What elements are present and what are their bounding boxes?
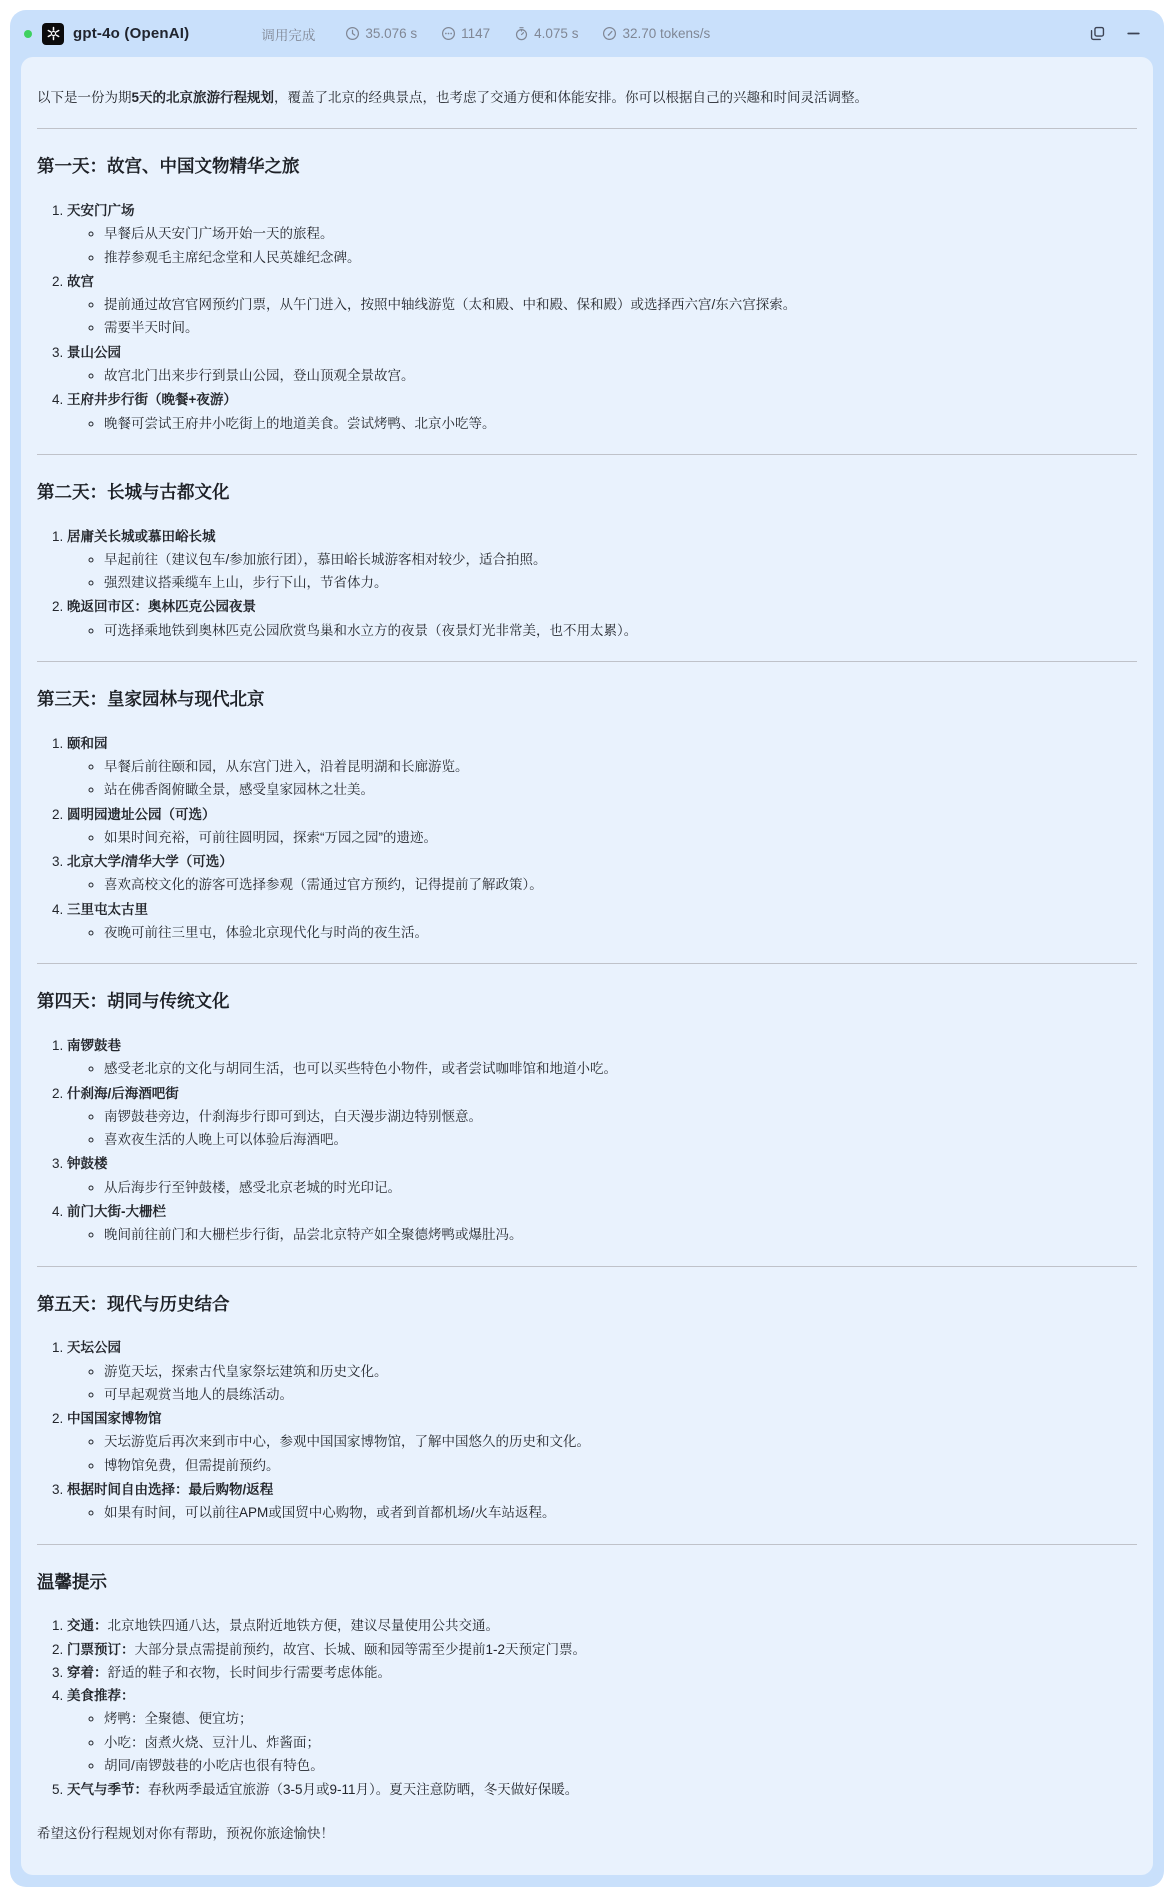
- list-item: 钟鼓楼从后海步行至钟鼓楼，感受北京老城的时光印记。: [67, 1153, 1137, 1199]
- sub-bullet: 提前通过故宫官网预约门票，从午门进入，按照中轴线游览（太和殿、中和殿、保和殿）或…: [104, 294, 1137, 316]
- sub-bullet: 需要半天时间。: [104, 317, 1137, 339]
- sub-bullet: 推荐参观毛主席纪念堂和人民英雄纪念碑。: [104, 247, 1137, 269]
- list-item-text: 春秋两季最适宜旅游（3-5月或9-11月）。夏天注意防晒，冬天做好保暖。: [148, 1782, 578, 1797]
- list-item-text: 北京地铁四通八达，景点附近地铁方便，建议尽量使用公共交通。: [108, 1618, 500, 1633]
- list-item: 交通：北京地铁四通八达，景点附近地铁方便，建议尽量使用公共交通。: [67, 1615, 1137, 1637]
- collapse-button[interactable]: [1122, 23, 1144, 45]
- sub-bullet: 胡同/南锣鼓巷的小吃店也很有特色。: [104, 1755, 1137, 1777]
- sub-bullet: 感受老北京的文化与胡同生活，也可以买些特色小物件，或者尝试咖啡馆和地道小吃。: [104, 1058, 1137, 1080]
- list-item: 晚返回市区：奥林匹克公园夜景可选择乘地铁到奥林匹克公园欣赏鸟巢和水立方的夜景（夜…: [67, 596, 1137, 642]
- sub-bullet: 从后海步行至钟鼓楼，感受北京老城的时光印记。: [104, 1177, 1137, 1199]
- status-dot: [24, 30, 32, 38]
- section-divider: [37, 128, 1137, 129]
- section-title: 第三天：皇家园林与现代北京: [37, 685, 1137, 714]
- sub-bullet-list: 早起前往（建议包车/参加旅行团），慕田峪长城游客相对较少，适合拍照。强烈建议搭乘…: [67, 549, 1137, 595]
- list-item-title: 门票预订：: [67, 1642, 135, 1657]
- list-item-title: 什刹海/后海酒吧街: [67, 1086, 179, 1101]
- section-title: 第四天：胡同与传统文化: [37, 987, 1137, 1016]
- list-item-title: 颐和园: [67, 736, 108, 751]
- metric-token-count: 1147: [441, 26, 490, 41]
- section-divider: [37, 963, 1137, 964]
- sub-bullet-list: 可选择乘地铁到奥林匹克公园欣赏鸟巢和水立方的夜景（夜景灯光非常美，也不用太累）。: [67, 620, 1137, 642]
- list-item-title: 南锣鼓巷: [67, 1038, 121, 1053]
- sub-bullet-list: 从后海步行至钟鼓楼，感受北京老城的时光印记。: [67, 1177, 1137, 1199]
- section-divider: [37, 1544, 1137, 1545]
- list-item: 王府井步行街（晚餐+夜游）晚餐可尝试王府井小吃街上的地道美食。尝试烤鸭、北京小吃…: [67, 389, 1137, 435]
- sub-bullet-list: 烤鸭：全聚德、便宜坊；小吃：卤煮火烧、豆汁儿、炸酱面；胡同/南锣鼓巷的小吃店也很…: [67, 1708, 1137, 1777]
- section-title: 第二天：长城与古都文化: [37, 478, 1137, 507]
- sub-bullet: 强烈建议搭乘缆车上山，步行下山，节省体力。: [104, 572, 1137, 594]
- list-item: 前门大街-大栅栏晚间前往前门和大栅栏步行街，品尝北京特产如全聚德烤鸭或爆肚冯。: [67, 1201, 1137, 1247]
- list-item: 南锣鼓巷感受老北京的文化与胡同生活，也可以买些特色小物件，或者尝试咖啡馆和地道小…: [67, 1035, 1137, 1081]
- sub-bullet: 站在佛香阁俯瞰全景，感受皇家园林之壮美。: [104, 779, 1137, 801]
- section-item-list: 交通：北京地铁四通八达，景点附近地铁方便，建议尽量使用公共交通。门票预订：大部分…: [37, 1615, 1137, 1801]
- sub-bullet-list: 如果时间充裕，可前往圆明园，探索“万园之园”的遗迹。: [67, 827, 1137, 849]
- list-item-title: 王府井步行街（晚餐+夜游）: [67, 392, 237, 407]
- sub-bullet: 南锣鼓巷旁边，什刹海步行即可到达，白天漫步湖边特别惬意。: [104, 1106, 1137, 1128]
- sections: 第一天：故宫、中国文物精华之旅天安门广场早餐后从天安门广场开始一天的旅程。推荐参…: [37, 128, 1137, 1801]
- section-item-list: 居庸关长城或慕田峪长城早起前往（建议包车/参加旅行团），慕田峪长城游客相对较少，…: [37, 526, 1137, 642]
- section-item-list: 南锣鼓巷感受老北京的文化与胡同生活，也可以买些特色小物件，或者尝试咖啡馆和地道小…: [37, 1035, 1137, 1246]
- sub-bullet-list: 故宫北门出来步行到景山公园，登山顶观全景故宫。: [67, 365, 1137, 387]
- metric-token-count-value: 1147: [461, 26, 490, 41]
- sub-bullet: 可早起观赏当地人的晨练活动。: [104, 1384, 1137, 1406]
- sub-bullet-list: 游览天坛，探索古代皇家祭坛建筑和历史文化。可早起观赏当地人的晨练活动。: [67, 1361, 1137, 1407]
- list-item: 圆明园遗址公园（可选）如果时间充裕，可前往圆明园，探索“万园之园”的遗迹。: [67, 804, 1137, 850]
- sub-bullet: 早起前往（建议包车/参加旅行团），慕田峪长城游客相对较少，适合拍照。: [104, 549, 1137, 571]
- list-item: 故宫提前通过故宫官网预约门票，从午门进入，按照中轴线游览（太和殿、中和殿、保和殿…: [67, 271, 1137, 340]
- intro-pre: 以下是一份为期: [37, 90, 132, 105]
- speed-gauge-icon: [602, 26, 617, 41]
- list-item: 穿着：舒适的鞋子和衣物，长时间步行需要考虑体能。: [67, 1662, 1137, 1684]
- sub-bullet: 博物馆免费，但需提前预约。: [104, 1455, 1137, 1477]
- metric-first-token-time: 4.075 s: [514, 26, 578, 41]
- section-divider: [37, 454, 1137, 455]
- list-item-title: 根据时间自由选择：最后购物/返程: [67, 1482, 273, 1497]
- sub-bullet-list: 如果有时间，可以前往APM或国贸中心购物，或者到首都机场/火车站返程。: [67, 1502, 1137, 1524]
- sub-bullet-list: 早餐后前往颐和园，从东宫门进入，沿着昆明湖和长廊游览。站在佛香阁俯瞰全景，感受皇…: [67, 756, 1137, 802]
- list-item: 天坛公园游览天坛，探索古代皇家祭坛建筑和历史文化。可早起观赏当地人的晨练活动。: [67, 1337, 1137, 1406]
- section-divider: [37, 661, 1137, 662]
- sub-bullet-list: 天坛游览后再次来到市中心，参观中国国家博物馆，了解中国悠久的历史和文化。博物馆免…: [67, 1431, 1137, 1477]
- sub-bullet: 游览天坛，探索古代皇家祭坛建筑和历史文化。: [104, 1361, 1137, 1383]
- sub-bullet: 如果有时间，可以前往APM或国贸中心购物，或者到首都机场/火车站返程。: [104, 1502, 1137, 1524]
- list-item-title: 天安门广场: [67, 203, 135, 218]
- list-item-title: 晚返回市区：奥林匹克公园夜景: [67, 599, 256, 614]
- metric-first-token-time-value: 4.075 s: [534, 26, 578, 41]
- sub-bullet: 喜欢夜生活的人晚上可以体验后海酒吧。: [104, 1129, 1137, 1151]
- card-header: gpt-4o (OpenAI) 调用完成 35.076 s: [10, 10, 1164, 57]
- list-item: 天气与季节：春秋两季最适宜旅游（3-5月或9-11月）。夏天注意防晒，冬天做好保…: [67, 1779, 1137, 1801]
- sub-bullet-list: 夜晚可前往三里屯，体验北京现代化与时尚的夜生活。: [67, 922, 1137, 944]
- sub-bullet: 喜欢高校文化的游客可选择参观（需通过官方预约，记得提前了解政策）。: [104, 874, 1137, 896]
- sub-bullet: 故宫北门出来步行到景山公园，登山顶观全景故宫。: [104, 365, 1137, 387]
- list-item-title: 中国国家博物馆: [67, 1411, 162, 1426]
- list-item-title: 天坛公园: [67, 1340, 121, 1355]
- section-item-list: 天安门广场早餐后从天安门广场开始一天的旅程。推荐参观毛主席纪念堂和人民英雄纪念碑…: [37, 200, 1137, 435]
- list-item-title: 钟鼓楼: [67, 1156, 108, 1171]
- call-status-text: 调用完成: [261, 24, 315, 44]
- section-title: 第一天：故宫、中国文物精华之旅: [37, 152, 1137, 181]
- list-item-title: 居庸关长城或慕田峪长城: [67, 529, 216, 544]
- list-item-text: 大部分景点需提前预约，故宫、长城、颐和园等需至少提前1-2天预定门票。: [135, 1642, 587, 1657]
- sub-bullet: 天坛游览后再次来到市中心，参观中国国家博物馆，了解中国悠久的历史和文化。: [104, 1431, 1137, 1453]
- list-item: 根据时间自由选择：最后购物/返程如果有时间，可以前往APM或国贸中心购物，或者到…: [67, 1479, 1137, 1525]
- list-item: 中国国家博物馆天坛游览后再次来到市中心，参观中国国家博物馆，了解中国悠久的历史和…: [67, 1408, 1137, 1477]
- metric-speed: 32.70 tokens/s: [602, 26, 710, 41]
- sub-bullet: 小吃：卤煮火烧、豆汁儿、炸酱面；: [104, 1732, 1137, 1754]
- metrics-bar: 35.076 s 1147: [345, 26, 734, 41]
- sub-bullet-list: 感受老北京的文化与胡同生活，也可以买些特色小物件，或者尝试咖啡馆和地道小吃。: [67, 1058, 1137, 1080]
- metric-total-time: 35.076 s: [345, 26, 417, 41]
- section-divider: [37, 1266, 1137, 1267]
- list-item-title: 北京大学/清华大学（可选）: [67, 854, 233, 869]
- closing-paragraph: 希望这份行程规划对你有帮助，预祝你旅途愉快！: [37, 1823, 1137, 1845]
- model-response-card: gpt-4o (OpenAI) 调用完成 35.076 s: [10, 10, 1164, 1887]
- stopwatch-icon: [514, 26, 529, 41]
- sub-bullet-list: 晚餐可尝试王府井小吃街上的地道美食。尝试烤鸭、北京小吃等。: [67, 413, 1137, 435]
- section-item-list: 颐和园早餐后前往颐和园，从东宫门进入，沿着昆明湖和长廊游览。站在佛香阁俯瞰全景，…: [37, 733, 1137, 944]
- list-item: 美食推荐：烤鸭：全聚德、便宜坊；小吃：卤煮火烧、豆汁儿、炸酱面；胡同/南锣鼓巷的…: [67, 1685, 1137, 1777]
- metric-speed-value: 32.70 tokens/s: [622, 26, 710, 41]
- list-item-title: 交通：: [67, 1618, 108, 1633]
- list-item-title: 圆明园遗址公园（可选）: [67, 807, 216, 822]
- list-item: 居庸关长城或慕田峪长城早起前往（建议包车/参加旅行团），慕田峪长城游客相对较少，…: [67, 526, 1137, 595]
- sub-bullet: 如果时间充裕，可前往圆明园，探索“万园之园”的遗迹。: [104, 827, 1137, 849]
- list-item-text: 舒适的鞋子和衣物，长时间步行需要考虑体能。: [108, 1665, 392, 1680]
- list-item-title: 美食推荐：: [67, 1688, 135, 1703]
- list-item: 景山公园故宫北门出来步行到景山公园，登山顶观全景故宫。: [67, 342, 1137, 388]
- sub-bullet: 晚间前往前门和大栅栏步行街，品尝北京特产如全聚德烤鸭或爆肚冯。: [104, 1224, 1137, 1246]
- sub-bullet: 可选择乘地铁到奥林匹克公园欣赏鸟巢和水立方的夜景（夜景灯光非常美，也不用太累）。: [104, 620, 1137, 642]
- list-item: 天安门广场早餐后从天安门广场开始一天的旅程。推荐参观毛主席纪念堂和人民英雄纪念碑…: [67, 200, 1137, 269]
- response-content: 以下是一份为期5天的北京旅游行程规划，覆盖了北京的经典景点，也考虑了交通方便和体…: [21, 57, 1153, 1875]
- sub-bullet: 夜晚可前往三里屯，体验北京现代化与时尚的夜生活。: [104, 922, 1137, 944]
- list-item-title: 景山公园: [67, 345, 121, 360]
- sub-bullet-list: 提前通过故宫官网预约门票，从午门进入，按照中轴线游览（太和殿、中和殿、保和殿）或…: [67, 294, 1137, 340]
- sub-bullet-list: 早餐后从天安门广场开始一天的旅程。推荐参观毛主席纪念堂和人民英雄纪念碑。: [67, 223, 1137, 269]
- list-item-title: 三里屯太古里: [67, 902, 148, 917]
- section-item-list: 天坛公园游览天坛，探索古代皇家祭坛建筑和历史文化。可早起观赏当地人的晨练活动。中…: [37, 1337, 1137, 1524]
- intro-post: ，覆盖了北京的经典景点，也考虑了交通方便和体能安排。你可以根据自己的兴趣和时间灵…: [274, 90, 868, 105]
- sub-bullet-list: 南锣鼓巷旁边，什刹海步行即可到达，白天漫步湖边特别惬意。喜欢夜生活的人晚上可以体…: [67, 1106, 1137, 1152]
- copy-button[interactable]: [1086, 23, 1108, 45]
- list-item: 门票预订：大部分景点需提前预约，故宫、长城、颐和园等需至少提前1-2天预定门票。: [67, 1639, 1137, 1661]
- sub-bullet-list: 晚间前往前门和大栅栏步行街，品尝北京特产如全聚德烤鸭或爆肚冯。: [67, 1224, 1137, 1246]
- section-title: 温馨提示: [37, 1568, 1137, 1597]
- list-item-title: 穿着：: [67, 1665, 108, 1680]
- message-count-icon: [441, 26, 456, 41]
- list-item: 颐和园早餐后前往颐和园，从东宫门进入，沿着昆明湖和长廊游览。站在佛香阁俯瞰全景，…: [67, 733, 1137, 802]
- list-item-title: 前门大街-大栅栏: [67, 1204, 166, 1219]
- sub-bullet: 早餐后前往颐和园，从东宫门进入，沿着昆明湖和长廊游览。: [104, 756, 1137, 778]
- list-item-title: 天气与季节：: [67, 1782, 148, 1797]
- section-title: 第五天：现代与历史结合: [37, 1290, 1137, 1319]
- list-item: 北京大学/清华大学（可选）喜欢高校文化的游客可选择参观（需通过官方预约，记得提前…: [67, 851, 1137, 897]
- sub-bullet: 晚餐可尝试王府井小吃街上的地道美食。尝试烤鸭、北京小吃等。: [104, 413, 1137, 435]
- intro-bold: 5天的北京旅游行程规划: [132, 90, 275, 105]
- model-name: gpt-4o (OpenAI): [73, 25, 189, 42]
- intro-paragraph: 以下是一份为期5天的北京旅游行程规划，覆盖了北京的经典景点，也考虑了交通方便和体…: [37, 87, 1137, 109]
- list-item: 三里屯太古里夜晚可前往三里屯，体验北京现代化与时尚的夜生活。: [67, 899, 1137, 945]
- sub-bullet: 早餐后从天安门广场开始一天的旅程。: [104, 223, 1137, 245]
- openai-logo-icon: [42, 23, 64, 45]
- sub-bullet-list: 喜欢高校文化的游客可选择参观（需通过官方预约，记得提前了解政策）。: [67, 874, 1137, 896]
- list-item-title: 故宫: [67, 274, 94, 289]
- metric-total-time-value: 35.076 s: [365, 26, 417, 41]
- clock-icon: [345, 26, 360, 41]
- sub-bullet: 烤鸭：全聚德、便宜坊；: [104, 1708, 1137, 1730]
- list-item: 什刹海/后海酒吧街南锣鼓巷旁边，什刹海步行即可到达，白天漫步湖边特别惬意。喜欢夜…: [67, 1083, 1137, 1152]
